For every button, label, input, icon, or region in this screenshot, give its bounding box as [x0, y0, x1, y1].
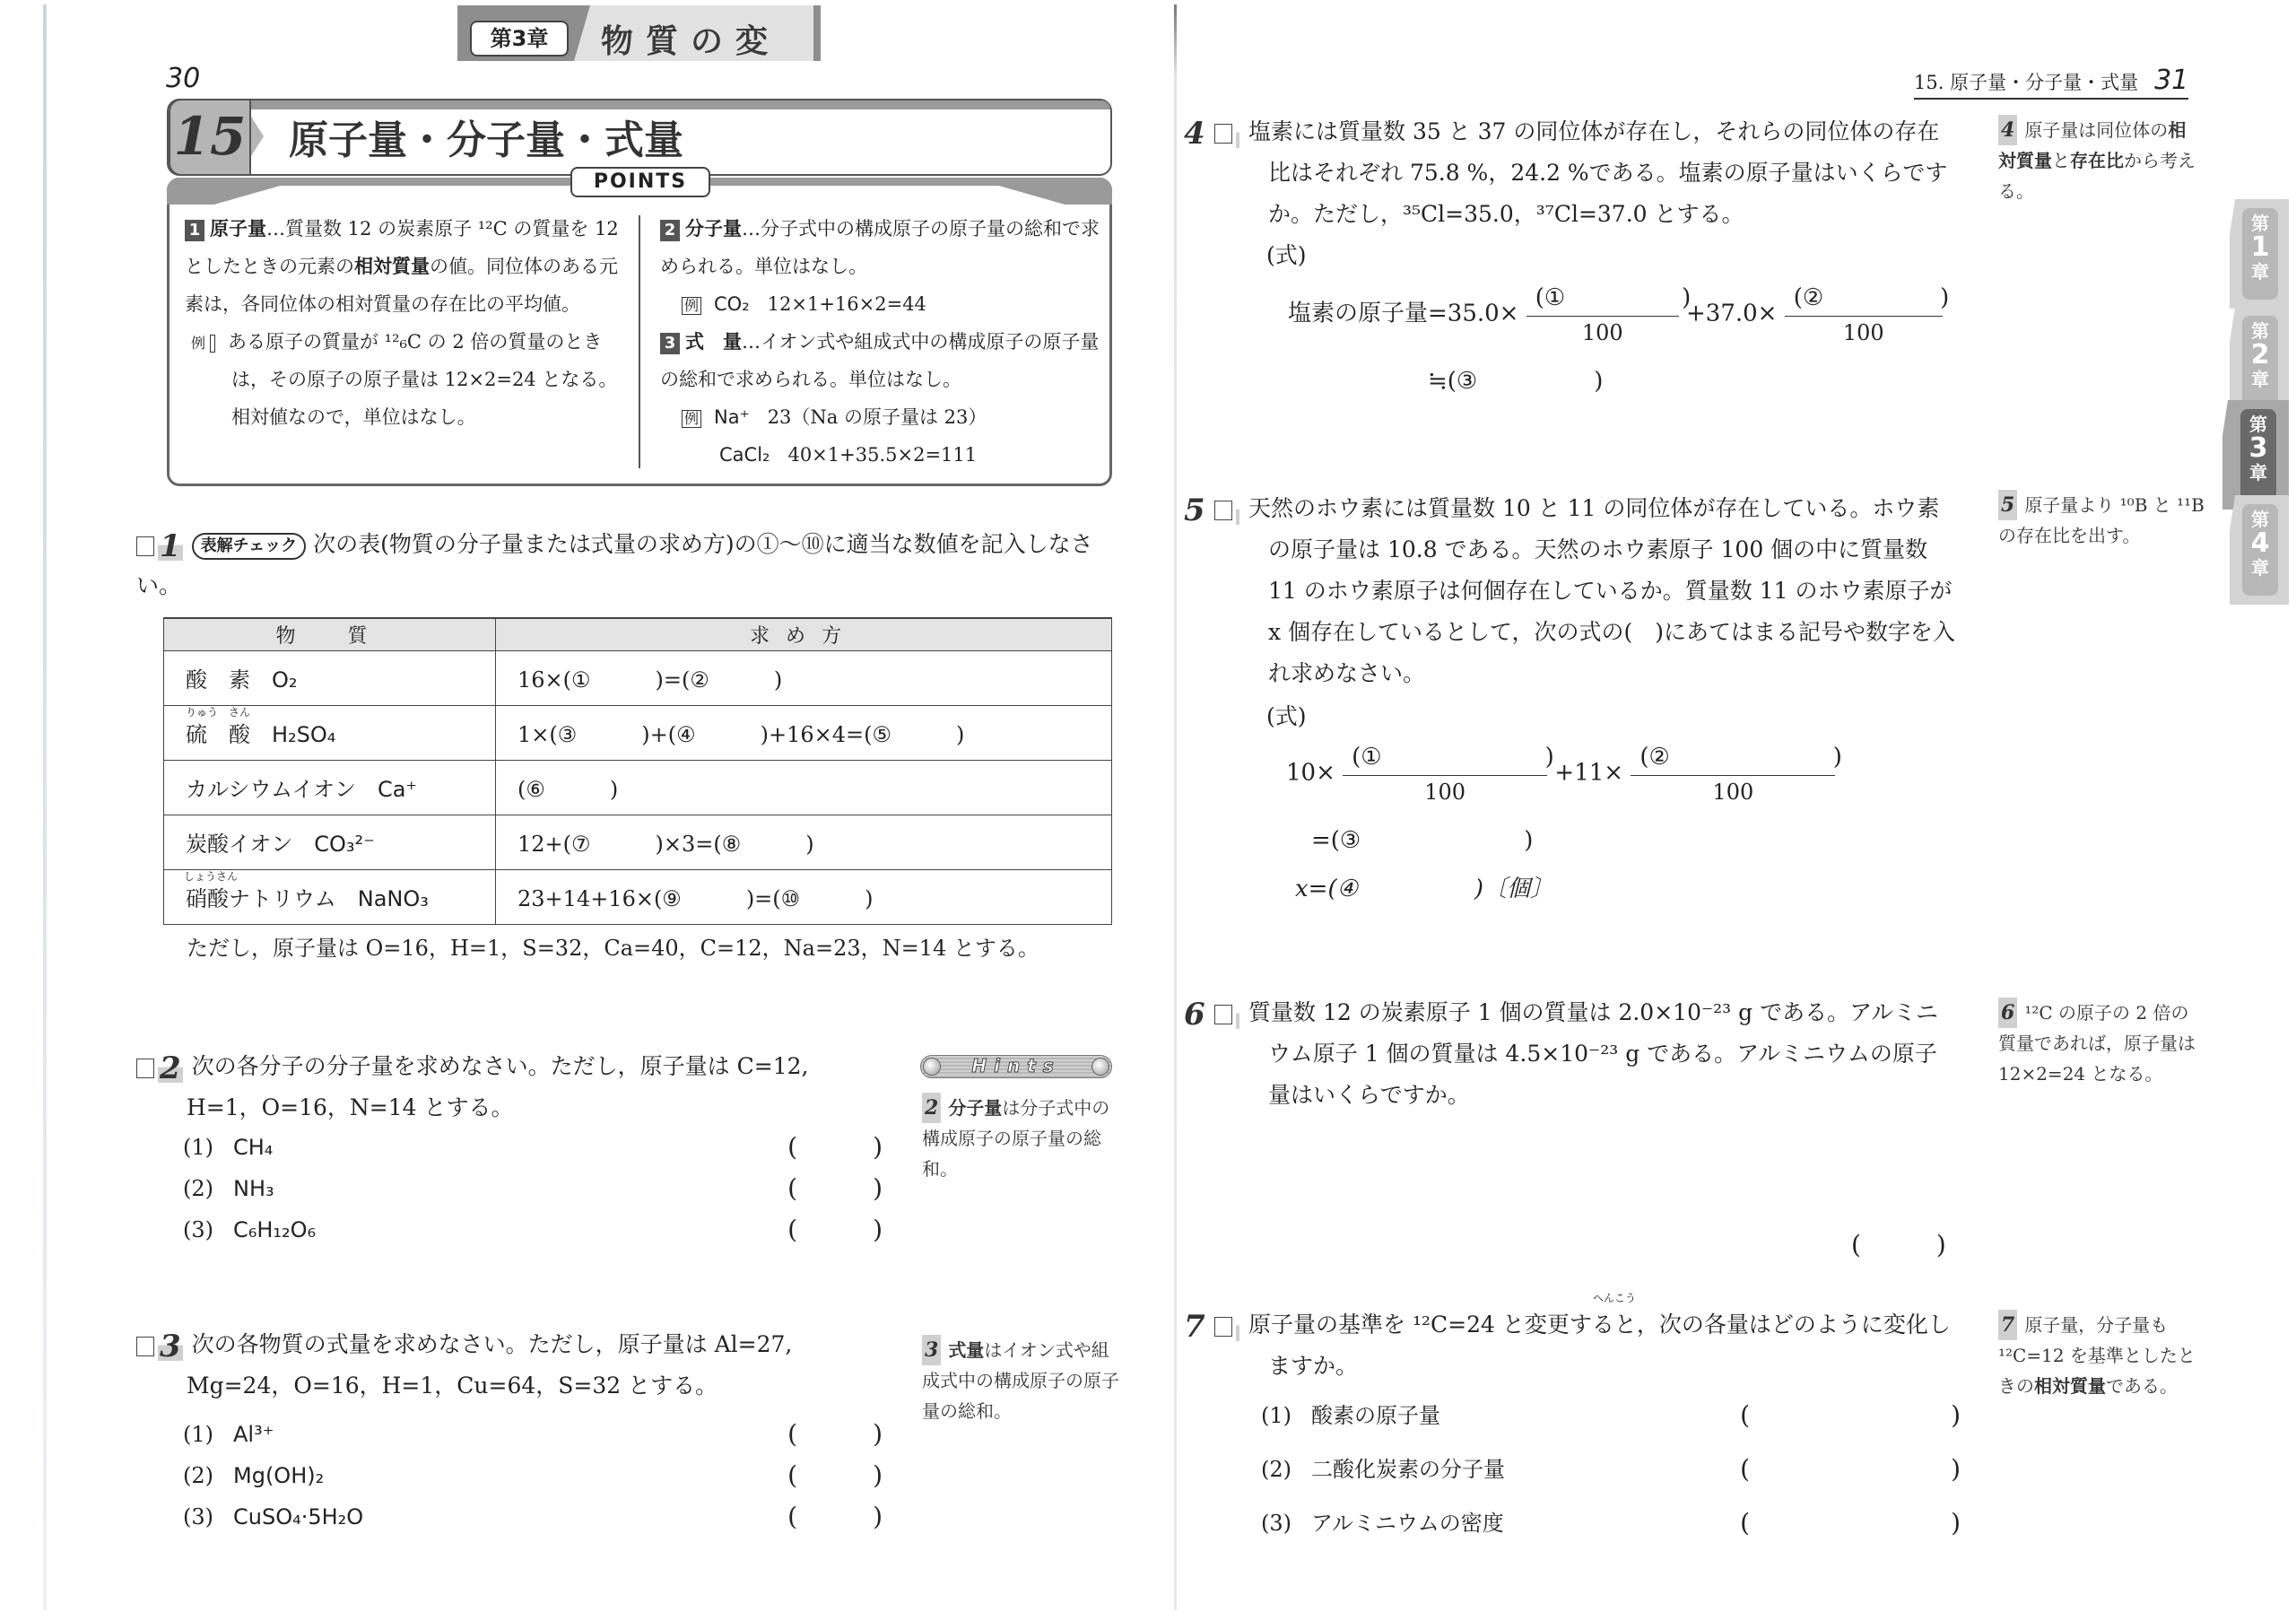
example-formula: Na⁺ — [714, 406, 750, 428]
question-number: 4 — [1236, 119, 1239, 148]
denominator: 100 — [1631, 776, 1835, 808]
hint-text: ¹²C の原子の 2 倍の質量であれば，原子量は 12×2=24 となる。 — [1998, 1002, 2196, 1085]
method-cell[interactable]: 1×(③ )+(④ )+16×4=(⑤ ) — [496, 705, 1112, 760]
example-text: 40×1+35.5×2=111 — [787, 444, 977, 466]
formula-label: (式) — [1266, 696, 1307, 737]
item-text: アルミニウムの密度 — [1311, 1496, 1740, 1550]
hint-number: 5 — [1998, 490, 2017, 520]
answer-blank[interactable]: ( ) — [1851, 1225, 1946, 1261]
substance-name: カルシウムイオン — [186, 777, 356, 802]
answer-blank[interactable]: ( ) — [1740, 1496, 1961, 1550]
point-example: 例Na⁺23（Na の原子量は 23） — [682, 398, 1100, 436]
sub-question: (1)CH₄( ) — [183, 1127, 883, 1168]
q5-answer-3[interactable]: =(③ ) — [1311, 822, 1533, 855]
item-label: (1) — [183, 1414, 233, 1455]
book-spine — [1174, 4, 1177, 1610]
tab-number: 1 — [2242, 233, 2278, 262]
denominator: 100 — [1343, 776, 1547, 808]
answer-blank[interactable]: ( ) — [787, 1209, 883, 1251]
points-divider — [639, 215, 640, 468]
example-text: ある原子の質量が ¹²₆C の 2 倍の質量のときは，その原子の原子量は 12×… — [228, 331, 617, 428]
q4-answer-3[interactable]: ≒(③ ) — [1428, 362, 1603, 396]
question-checkbox[interactable] — [136, 1337, 154, 1356]
substance-formula: O₂ — [272, 667, 298, 693]
point-1: 1原子量…質量数 12 の炭素原子 ¹²C の質量を 12 としたときの元素の相… — [185, 210, 624, 436]
eq-lhs: 塩素の原子量=35.0× — [1288, 301, 1518, 327]
point-number: 2 — [660, 220, 680, 241]
substance-name: 硫 酸 — [186, 722, 250, 747]
item-label: (3) — [183, 1496, 233, 1538]
substance-name: 酸 素 — [186, 667, 250, 693]
point-term: 式 量 — [685, 331, 742, 353]
example-formula: CO₂ — [714, 293, 750, 315]
ruby-text: へんこう — [1593, 1290, 1636, 1305]
question-number: 3 — [158, 1332, 183, 1361]
question-4: 4塩素には質量数 35 と 37 の同位体が存在し，それらの同位体の存在比はそれ… — [1214, 111, 1959, 235]
hint-3: 3式量はイオン式や組成式中の構成原子の原子量の総和。 — [922, 1335, 1119, 1426]
hint-text: 原子量より ¹⁰B と ¹¹B の存在比を出す。 — [1998, 494, 2205, 546]
question-checkbox[interactable] — [1214, 124, 1232, 144]
hint-number: 7 — [1998, 1310, 2017, 1340]
question-checkbox[interactable] — [1214, 1317, 1232, 1337]
hint-text: と — [2052, 150, 2070, 171]
hint-5: 5原子量より ¹⁰B と ¹¹B の存在比を出す。 — [1998, 490, 2213, 551]
q5-equation: 10× (① )100 +11× (② )100 — [1286, 739, 1835, 808]
question-3: 3次の各物質の式量を求めなさい。ただし，原子量は Al=27, Mg=24，O=… — [136, 1324, 899, 1407]
substance-formula: NaNO₃ — [358, 886, 429, 911]
point-term: 分子量 — [685, 218, 742, 240]
hint-bold: 相対質量 — [2034, 1375, 2106, 1397]
hint-bold: 式量 — [948, 1339, 984, 1361]
question-text: 原子量の基準を ¹²C=24 と変更すると，次の各量はどのように変化しますか。 — [1248, 1312, 1951, 1379]
answer-blank[interactable]: ( ) — [1740, 1389, 1961, 1442]
table-row: カルシウムイオン Ca⁺ (⑥ ) — [164, 760, 1112, 815]
fraction-blank-2[interactable]: (② ) — [1631, 739, 1835, 776]
fraction-blank-1[interactable]: (① ) — [1526, 280, 1679, 317]
formula-label: (式) — [1266, 235, 1307, 276]
point-number: 1 — [185, 220, 204, 241]
table-row: りゅう さん硫 酸 H₂SO₄ 1×(③ )+(④ )+16×4=(⑤ ) — [164, 705, 1112, 760]
method-cell[interactable]: 23+14+16×(⑨ )=(⑩ ) — [496, 869, 1112, 924]
hint-text: 原子量は同位体の — [2024, 119, 2168, 141]
example-text: 23（Na の原子量は 23） — [768, 406, 987, 428]
chevron-right-icon — [251, 117, 264, 156]
hints-label: Hints — [971, 1055, 1060, 1076]
running-head: 15. 原子量・分子量・式量31 — [1914, 65, 2188, 100]
question-text: 質量数 12 の炭素原子 1 個の質量は 2.0×10⁻²³ g である。アルミ… — [1248, 999, 1938, 1108]
tab-number: 4 — [2242, 529, 2278, 558]
question-text: H=1，O=16，N=14 とする。 — [136, 1087, 899, 1129]
question-text: Mg=24，O=16，H=1，Cu=64，S=32 とする。 — [136, 1365, 899, 1407]
bolt-icon — [1091, 1058, 1109, 1076]
sub-question: (2)NH₃( ) — [183, 1168, 883, 1209]
example-mark: 例 — [210, 335, 215, 353]
example-mark: 例 — [682, 297, 701, 315]
point-bold: 相対質量 — [354, 256, 430, 277]
example-formula: CaCl₂ — [719, 444, 770, 466]
item-label: (3) — [183, 1209, 233, 1251]
question-checkbox[interactable] — [1214, 1005, 1232, 1024]
sub-question: (1)酸素の原子量( ) — [1261, 1389, 1961, 1442]
sub-question: (2)二酸化炭素の分子量( ) — [1261, 1442, 1961, 1496]
chapter-tab-1[interactable]: 第1章 — [2230, 199, 2289, 309]
running-head-title: 15. 原子量・分子量・式量 — [1914, 72, 2138, 93]
item-formula: CH₄ — [233, 1127, 787, 1168]
question-number: 7 — [1236, 1312, 1239, 1341]
hint-number: 6 — [1998, 998, 2017, 1028]
ruby-text: しょうさん — [184, 868, 238, 884]
question-number: 6 — [1236, 1000, 1239, 1029]
hint-4: 4原子量は同位体の相対質量と存在比から考える。 — [1998, 115, 2197, 206]
question-checkbox[interactable] — [136, 536, 154, 556]
substance-name: 硝酸ナトリウム — [186, 886, 336, 911]
question-text: 天然のホウ素には質量数 10 と 11 の同位体が存在している。ホウ素の原子量は… — [1248, 495, 1955, 686]
table-check-badge: 表解チェック — [192, 533, 306, 560]
hint-text: である。 — [2106, 1375, 2178, 1397]
fraction-blank-2[interactable]: (② ) — [1785, 280, 1943, 317]
tab-number: 3 — [2240, 434, 2276, 463]
q1-note: ただし，原子量は O=16，H=1，S=32，Ca=40，C=12，Na=23，… — [187, 928, 1039, 969]
hint-2: 2分子量は分子式中の構成原子の原子量の総和。 — [922, 1093, 1119, 1184]
answer-blank[interactable]: ( ) — [787, 1127, 883, 1168]
denominator: 100 — [1526, 317, 1679, 349]
item-label: (2) — [183, 1455, 233, 1496]
question-number: 2 — [158, 1054, 183, 1083]
question-1: 1表解チェック次の表(物質の分子量または式量の求め方)の①～⑩に適当な数値を記入… — [136, 524, 1123, 606]
question-number: 5 — [1236, 496, 1239, 525]
chapter-banner: 第3章 物質の変化 — [457, 5, 821, 61]
question-7: 7原子量の基準を ¹²C=24 と変更すると，次の各量はどのように変化しますか。 — [1214, 1304, 1959, 1387]
chapter-tab-4[interactable]: 第4章 — [2230, 495, 2289, 605]
tab-suffix: 章 — [2251, 369, 2269, 390]
tab-suffix: 章 — [2251, 557, 2269, 579]
section-number: 15 — [169, 99, 251, 176]
q1-table: 物 質 求め方 酸 素 O₂ 16×(① )=(② ) りゅう さん硫 酸 H₂… — [163, 617, 1112, 925]
sub-question: (1)Al³⁺( ) — [183, 1414, 883, 1455]
section-title: 原子量・分子量・式量 — [289, 108, 683, 165]
item-formula: Mg(OH)₂ — [233, 1455, 787, 1496]
item-formula: NH₃ — [233, 1168, 787, 1209]
question-text: 塩素には質量数 35 と 37 の同位体が存在し，それらの同位体の存在比はそれぞ… — [1248, 118, 1947, 227]
denominator: 100 — [1785, 317, 1943, 349]
point-example: 例CO₂12×1+16×2=44 — [682, 285, 1100, 323]
fraction-blank-1[interactable]: (① ) — [1343, 739, 1547, 776]
answer-blank[interactable]: ( ) — [787, 1414, 883, 1455]
q2-items: (1)CH₄( ) (2)NH₃( ) (3)C₆H₁₂O₆( ) — [183, 1127, 883, 1251]
method-cell[interactable]: 16×(① )=(② ) — [496, 650, 1112, 705]
page-number-left: 30 — [166, 63, 200, 94]
item-text: 二酸化炭素の分子量 — [1311, 1442, 1740, 1496]
table-row: 炭酸イオン CO₃²⁻ 12+(⑦ )×3=(⑧ ) — [164, 815, 1112, 869]
substance-formula: CO₃²⁻ — [314, 832, 375, 857]
question-checkbox[interactable] — [136, 1059, 154, 1078]
chapter-title: 物質の変化 — [601, 16, 821, 108]
hint-number: 4 — [1998, 115, 2017, 145]
sub-question: (3)CuSO₄·5H₂O( ) — [183, 1496, 883, 1538]
hint-7: 7原子量，分子量も ¹²C=12 を基準としたときの相対質量である。 — [1998, 1310, 2197, 1401]
method-cell[interactable]: (⑥ ) — [496, 760, 1112, 815]
answer-blank[interactable]: ( ) — [787, 1455, 883, 1496]
question-number: 1 — [158, 532, 183, 561]
example-mark: 例 — [682, 410, 701, 428]
hint-bold: 分子量 — [948, 1097, 1002, 1119]
tab-suffix: 章 — [2249, 462, 2267, 484]
question-text: 次の各物質の式量を求めなさい。ただし，原子量は Al=27, — [192, 1331, 793, 1357]
page-number-right: 31 — [2154, 65, 2188, 96]
point-term: 原子量 — [210, 218, 266, 240]
question-2: 2次の各分子の分子量を求めなさい。ただし，原子量は C=12, H=1，O=16… — [136, 1046, 899, 1129]
item-formula: CuSO₄·5H₂O — [233, 1496, 787, 1538]
point-example: 例ある原子の質量が ¹²₆C の 2 倍の質量のときは，その原子の原子量は 12… — [210, 323, 624, 436]
hints-bar: Hints — [920, 1055, 1112, 1078]
table-header-method: 求め方 — [496, 618, 1112, 650]
question-checkbox[interactable] — [1214, 501, 1232, 520]
item-label: (2) — [1261, 1442, 1311, 1496]
substance-name: 炭酸イオン — [186, 832, 292, 857]
answer-blank[interactable]: ( ) — [787, 1168, 883, 1209]
points-label: POINTS — [570, 167, 710, 197]
chapter-tab-3[interactable]: 第3章 — [2222, 400, 2289, 510]
item-formula: Al³⁺ — [233, 1414, 787, 1455]
page-edge-left — [43, 4, 47, 1610]
tab-number: 2 — [2242, 341, 2278, 370]
question-6: 6質量数 12 の炭素原子 1 個の質量は 2.0×10⁻²³ g である。アル… — [1214, 992, 1959, 1116]
table-header-substance: 物 質 — [164, 618, 496, 650]
point-number: 3 — [660, 333, 680, 354]
method-cell[interactable]: 12+(⑦ )×3=(⑧ ) — [496, 815, 1112, 869]
sub-question: (2)Mg(OH)₂( ) — [183, 1455, 883, 1496]
hint-number: 2 — [922, 1093, 941, 1123]
bolt-icon — [923, 1058, 941, 1076]
point-example-2: CaCl₂40×1+35.5×2=111 — [719, 436, 1100, 474]
ruby-text: りゅう さん — [186, 704, 250, 719]
hint-bold: 存在比 — [2070, 150, 2124, 171]
hint-6: 6¹²C の原子の 2 倍の質量であれば，原子量は 12×2=24 となる。 — [1998, 998, 2197, 1089]
q4-equation: 塩素の原子量=35.0× (① )100 +37.0× (② )100 — [1288, 280, 1943, 349]
hint-number: 3 — [922, 1335, 941, 1365]
question-text: 次の各分子の分子量を求めなさい。ただし，原子量は C=12, — [192, 1053, 809, 1079]
answer-blank[interactable]: ( ) — [787, 1496, 883, 1538]
item-label: (1) — [183, 1127, 233, 1168]
item-formula: C₆H₁₂O₆ — [233, 1209, 787, 1251]
point-2: 2分子量…分子式中の構成原子の原子量の総和で求められる。単位はなし。 例CO₂1… — [660, 210, 1100, 474]
tab-suffix: 章 — [2251, 261, 2269, 283]
table-row: 酸 素 O₂ 16×(① )=(② ) — [164, 650, 1112, 705]
chapter-tag: 第3章 — [470, 21, 569, 57]
item-label: (1) — [1261, 1389, 1311, 1442]
substance-formula: Ca⁺ — [378, 777, 417, 802]
eq-lhs: 10× — [1286, 760, 1335, 787]
question-5: 5天然のホウ素には質量数 10 と 11 の同位体が存在している。ホウ素の原子量… — [1214, 488, 1959, 694]
item-label: (3) — [1261, 1496, 1311, 1550]
chapter-tab-2[interactable]: 第2章 — [2230, 307, 2289, 416]
q3-items: (1)Al³⁺( ) (2)Mg(OH)₂( ) (3)CuSO₄·5H₂O( … — [183, 1414, 883, 1538]
item-label: (2) — [183, 1168, 233, 1209]
q7-items: (1)酸素の原子量( ) (2)二酸化炭素の分子量( ) (3)アルミニウムの密… — [1261, 1389, 1961, 1550]
sub-question: (3)C₆H₁₂O₆( ) — [183, 1209, 883, 1251]
substance-formula: H₂SO₄ — [272, 722, 335, 747]
eq-mid: +11× — [1554, 760, 1623, 787]
eq-mid: +37.0× — [1686, 301, 1777, 327]
answer-blank[interactable]: ( ) — [1740, 1442, 1961, 1496]
q5-answer-4[interactable]: x=(④ )〔個〕 — [1295, 870, 1553, 903]
sub-question: (3)アルミニウムの密度( ) — [1261, 1496, 1961, 1550]
table-row: しょうさん硝酸ナトリウム NaNO₃ 23+14+16×(⑨ )=(⑩ ) — [164, 869, 1112, 924]
example-text: 12×1+16×2=44 — [768, 293, 926, 315]
item-text: 酸素の原子量 — [1311, 1389, 1740, 1442]
